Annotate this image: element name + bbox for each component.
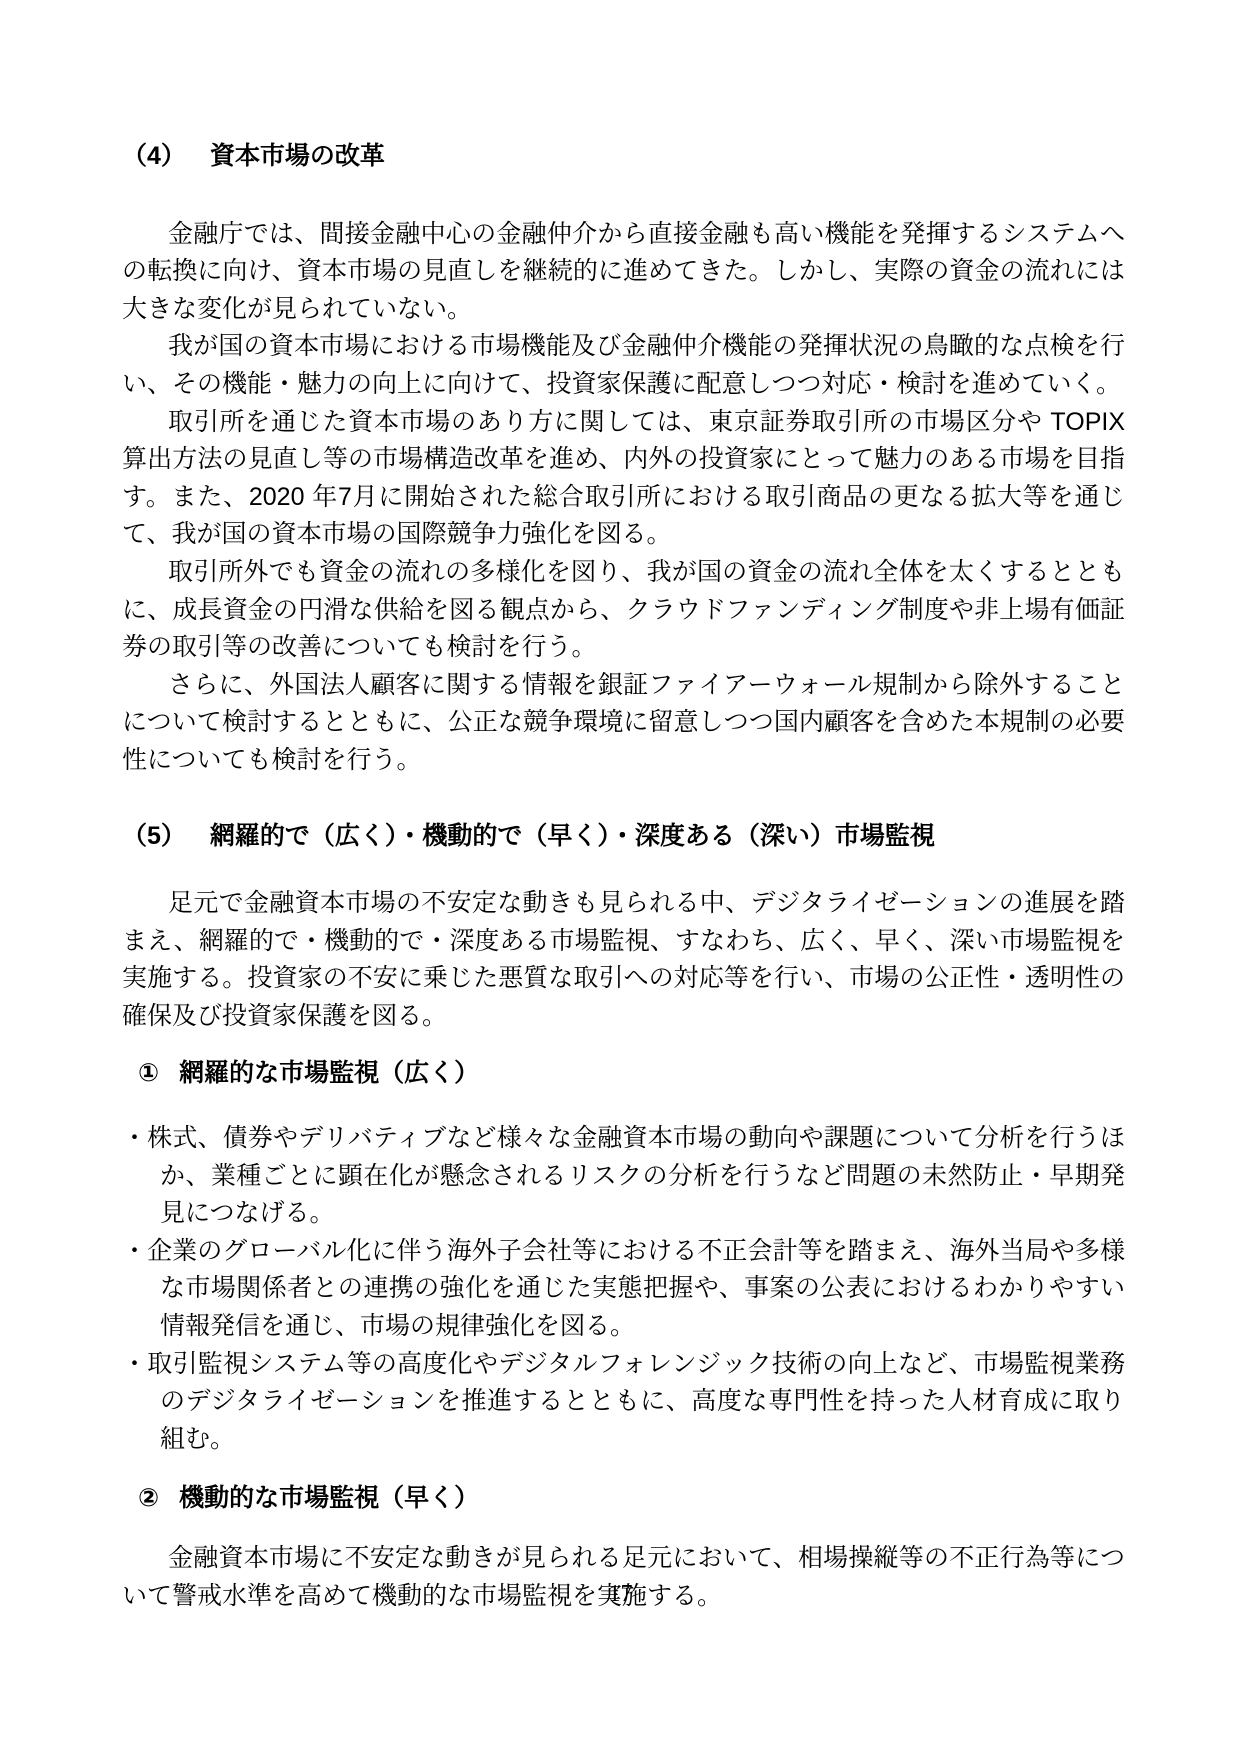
bullet-marker: ・	[122, 1237, 147, 1265]
section-5-number: （5）	[122, 822, 186, 850]
section-4-paragraph-3: 取引所を通じた資本市場のあり方に関しては、東京証券取引所の市場区分や TOPIX…	[122, 404, 1125, 554]
document-page: （4）資本市場の改革 金融庁では、間接金融中心の金融仲介から直接金融も高い機能を…	[0, 0, 1241, 1754]
subsection-1-bullet-list: ・株式、債券やデリバティブなど様々な金融資本市場の動向や課題について分析を行うほ…	[122, 1120, 1125, 1458]
section-4-paragraph-5: さらに、外国法人顧客に関する情報を銀証ファイアーウォール規制から除外することにつ…	[122, 667, 1125, 780]
section-5-intro-paragraph: 足元で金融資本市場の不安定な動きも見られる中、デジタライゼーションの進展を踏まえ…	[122, 885, 1125, 1035]
page-number: 17	[0, 1580, 1241, 1608]
subsection-2-heading: ②機動的な市場監視（早く）	[122, 1480, 1125, 1518]
subsection-1-number: ①	[138, 1059, 159, 1087]
bullet-text: 取引監視システム等の高度化やデジタルフォレンジック技術の向上など、市場監視業務の…	[147, 1350, 1125, 1453]
bullet-item: ・企業のグローバル化に伴う海外子会社等における不正会計等を踏まえ、海外当局や多様…	[122, 1233, 1125, 1346]
bullet-marker: ・	[122, 1124, 147, 1152]
section-4-paragraph-2: 我が国の資本市場における市場機能及び金融仲介機能の発揮状況の鳥瞰的な点検を行い、…	[122, 328, 1125, 403]
section-4-title: 資本市場の改革	[210, 142, 385, 170]
section-4-paragraph-4: 取引所外でも資金の流れの多様化を図り、我が国の資金の流れ全体を太くするとともに、…	[122, 554, 1125, 667]
subsection-1-heading: ①網羅的な市場監視（広く）	[122, 1055, 1125, 1093]
bullet-item: ・取引監視システム等の高度化やデジタルフォレンジック技術の向上など、市場監視業務…	[122, 1346, 1125, 1459]
section-5-heading: （5）網羅的で（広く）・機動的で（早く）・深度ある（深い）市場監視	[122, 818, 1125, 856]
section-4-paragraph-1: 金融庁では、間接金融中心の金融仲介から直接金融も高い機能を発揮するシステムへの転…	[122, 216, 1125, 329]
subsection-1-title: 網羅的な市場監視（広く）	[179, 1059, 479, 1087]
bullet-marker: ・	[122, 1350, 147, 1378]
bullet-text: 株式、債券やデリバティブなど様々な金融資本市場の動向や課題について分析を行うほか…	[147, 1124, 1125, 1227]
document-content: （4）資本市場の改革 金融庁では、間接金融中心の金融仲介から直接金融も高い機能を…	[122, 138, 1125, 1615]
subsection-2-title: 機動的な市場監視（早く）	[179, 1484, 479, 1512]
section-4-number: （4）	[122, 142, 186, 170]
section-5-title: 網羅的で（広く）・機動的で（早く）・深度ある（深い）市場監視	[210, 822, 935, 850]
subsection-2-number: ②	[138, 1484, 159, 1512]
section-4-heading: （4）資本市場の改革	[122, 138, 1125, 176]
bullet-item: ・株式、債券やデリバティブなど様々な金融資本市場の動向や課題について分析を行うほ…	[122, 1120, 1125, 1233]
bullet-text: 企業のグローバル化に伴う海外子会社等における不正会計等を踏まえ、海外当局や多様な…	[147, 1237, 1125, 1340]
